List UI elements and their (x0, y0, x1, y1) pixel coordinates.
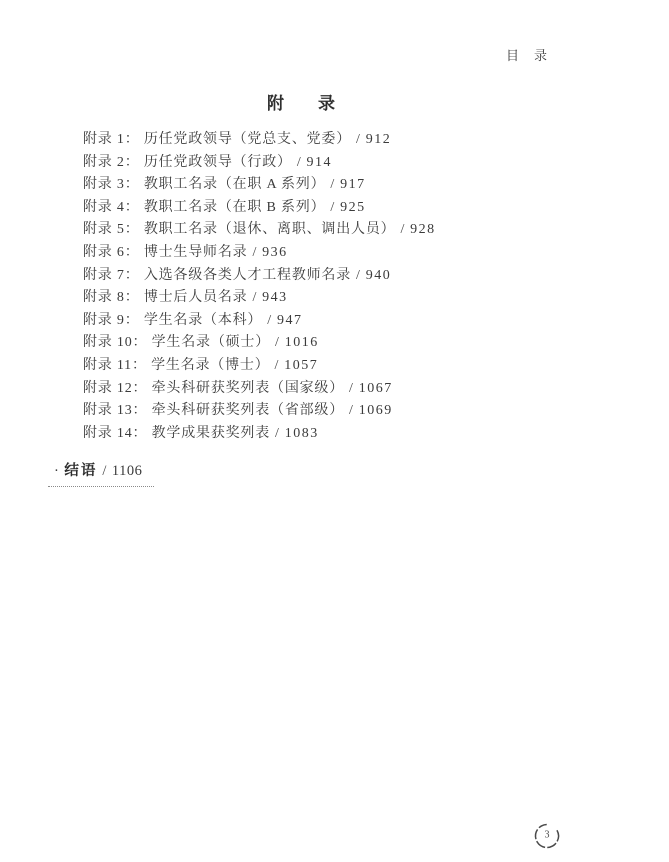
entry-title: 教学成果获奖列表 (152, 426, 270, 441)
entry-title: 博士生导师名录 (144, 245, 248, 260)
entry-colon: ： (125, 200, 140, 215)
page-number: 3 (545, 829, 550, 840)
toc-entry: 附录 11： 学生名录（博士）/1057 (83, 355, 623, 378)
entry-separator: / (252, 290, 257, 305)
entry-page-number: 912 (366, 132, 392, 147)
entry-page-number: 1067 (359, 381, 393, 396)
entry-page-number: 1083 (285, 426, 319, 441)
entry-separator: / (275, 335, 280, 350)
entry-label: 附录 8 (83, 290, 125, 305)
entry-label: 附录 3 (83, 177, 125, 192)
scanned-toc-page: 目 录 附 录 附录 1： 历任党政领导（党总支、党委）/912 附录 2： 历… (0, 0, 669, 862)
toc-entry: 附录 13： 牵头科研获奖列表（省部级）/1069 (83, 400, 623, 423)
section-title: 附 录 (267, 89, 335, 114)
page-number-stamp: 3 (533, 821, 561, 849)
conclusion-entry: ·结语/1106 (48, 459, 154, 487)
entry-separator: / (267, 313, 272, 328)
entry-separator: / (356, 268, 361, 283)
entry-colon: ： (125, 313, 140, 328)
entry-title: 学生名录（博士） (151, 358, 269, 373)
entry-colon: ： (133, 381, 148, 396)
entry-label: 附录 1 (83, 132, 125, 147)
entry-title: 教职工名录（在职 A 系列） (144, 177, 326, 192)
entry-separator: / (349, 403, 354, 418)
entry-label: 附录 6 (83, 245, 125, 260)
entry-colon: ： (133, 426, 148, 441)
entry-label: 附录 11 (83, 358, 132, 373)
entry-title: 牵头科研获奖列表（省部级） (152, 403, 344, 418)
entry-page-number: 947 (277, 313, 303, 328)
entry-title: 学生名录（本科） (144, 313, 262, 328)
entry-separator: / (275, 358, 280, 373)
entry-page-number: 928 (410, 222, 436, 237)
conclusion-page-number: 1106 (112, 463, 142, 479)
toc-entry: 附录 2： 历任党政领导（行政）/914 (83, 152, 623, 175)
toc-entry: 附录 5： 教职工名录（退休、离职、调出人员）/928 (83, 219, 623, 242)
toc-entry: 附录 8： 博士后人员名录/943 (83, 287, 623, 310)
entry-page-number: 917 (340, 177, 366, 192)
entry-page-number: 1016 (285, 335, 319, 350)
toc-entry: 附录 3： 教职工名录（在职 A 系列）/917 (83, 174, 623, 197)
entry-title: 历任党政领导（党总支、党委） (144, 132, 351, 147)
entry-title: 博士后人员名录 (144, 290, 248, 305)
entry-separator: / (275, 426, 280, 441)
entry-page-number: 936 (262, 245, 288, 260)
toc-entry: 附录 1： 历任党政领导（党总支、党委）/912 (83, 129, 623, 152)
entry-label: 附录 12 (83, 381, 133, 396)
entry-page-number: 914 (307, 155, 333, 170)
entry-separator: / (297, 155, 302, 170)
entry-colon: ： (133, 335, 148, 350)
entry-title: 入选各级各类人才工程教师名录 (144, 268, 351, 283)
entry-label: 附录 5 (83, 222, 125, 237)
entry-label: 附录 10 (83, 335, 133, 350)
entry-separator: / (330, 177, 335, 192)
entry-separator: / (252, 245, 257, 260)
entry-colon: ： (125, 245, 140, 260)
entry-page-number: 925 (340, 200, 366, 215)
entry-label: 附录 4 (83, 200, 125, 215)
entry-colon: ： (132, 358, 147, 373)
entry-separator: / (102, 463, 107, 479)
entry-separator: / (356, 132, 361, 147)
entry-colon: ： (125, 222, 140, 237)
entry-title: 学生名录（硕士） (152, 335, 270, 350)
entry-colon: ： (125, 177, 140, 192)
conclusion-label: 结语 (64, 463, 97, 479)
entry-label: 附录 13 (83, 403, 133, 418)
entry-title: 教职工名录（退休、离职、调出人员） (144, 222, 396, 237)
entry-page-number: 940 (366, 268, 392, 283)
appendix-toc-list: 附录 1： 历任党政领导（党总支、党委）/912 附录 2： 历任党政领导（行政… (83, 129, 623, 445)
entry-page-number: 943 (262, 290, 288, 305)
bullet-dot: · (54, 463, 59, 479)
entry-label: 附录 14 (83, 426, 133, 441)
toc-entry: 附录 9： 学生名录（本科）/947 (83, 310, 623, 333)
toc-entry: 附录 10： 学生名录（硕士）/1016 (83, 332, 623, 355)
entry-page-number: 1057 (284, 358, 318, 373)
entry-page-number: 1069 (359, 403, 393, 418)
entry-title: 牵头科研获奖列表（国家级） (152, 381, 344, 396)
entry-label: 附录 7 (83, 268, 125, 283)
entry-colon: ： (125, 155, 140, 170)
toc-entry: 附录 4： 教职工名录（在职 B 系列）/925 (83, 197, 623, 220)
entry-title: 历任党政领导（行政） (144, 155, 292, 170)
entry-label: 附录 2 (83, 155, 125, 170)
toc-entry: 附录 12： 牵头科研获奖列表（国家级）/1067 (83, 378, 623, 401)
toc-entry: 附录 7： 入选各级各类人才工程教师名录/940 (83, 265, 623, 288)
toc-entry: 附录 6： 博士生导师名录/936 (83, 242, 623, 265)
running-header: 目 录 (506, 45, 548, 64)
toc-entry: 附录 14： 教学成果获奖列表/1083 (83, 423, 623, 446)
entry-colon: ： (125, 268, 140, 283)
entry-label: 附录 9 (83, 313, 125, 328)
entry-colon: ： (125, 132, 140, 147)
entry-separator: / (349, 381, 354, 396)
entry-separator: / (330, 200, 335, 215)
entry-colon: ： (133, 403, 148, 418)
entry-title: 教职工名录（在职 B 系列） (144, 200, 326, 215)
entry-separator: / (400, 222, 405, 237)
entry-colon: ： (125, 290, 140, 305)
